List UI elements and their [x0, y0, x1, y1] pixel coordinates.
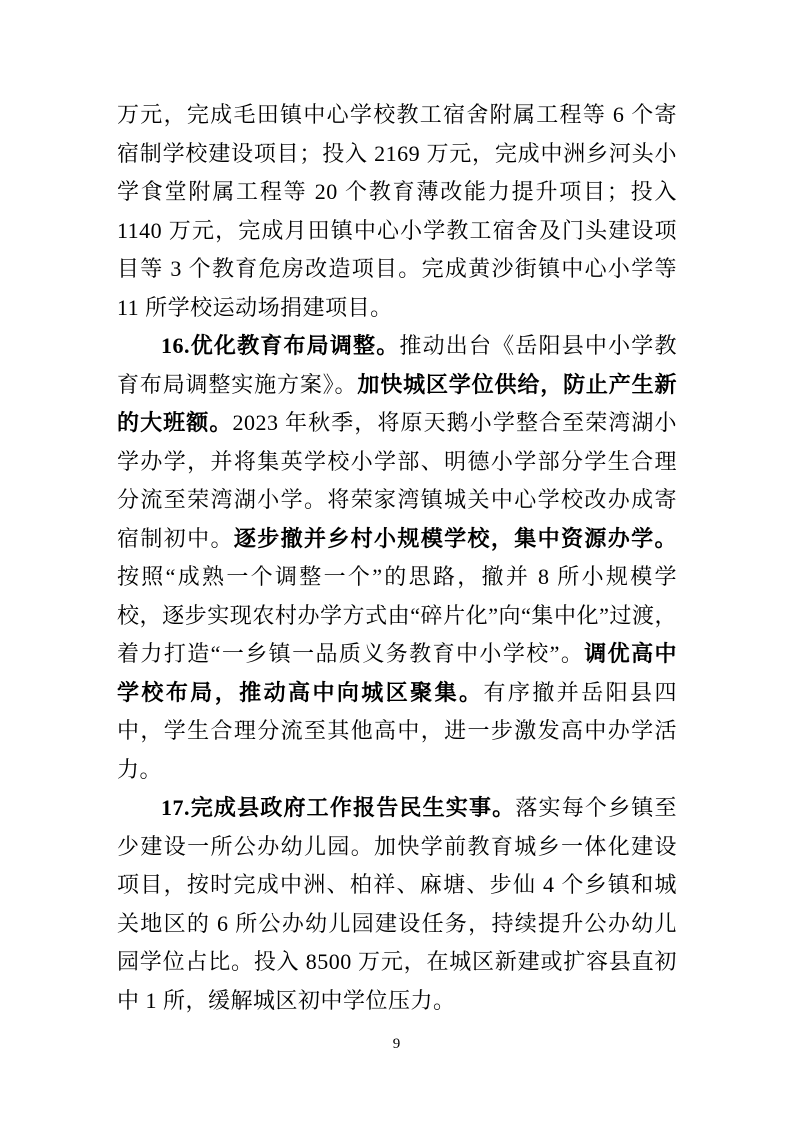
emphasis-text: 16.优化教育布局调整。: [161, 333, 399, 358]
document-content: 万元，完成毛田镇中心学校教工宿舍附属工程等 6 个寄宿制学校建设项目；投入 21…: [117, 96, 677, 1020]
emphasis-text: 逐步撤并乡村小规模学校，集中资源办学。: [234, 526, 677, 551]
document-page: 万元，完成毛田镇中心学校教工宿舍附属工程等 6 个寄宿制学校建设项目；投入 21…: [0, 0, 793, 1122]
body-text: 万元，完成毛田镇中心学校教工宿舍附属工程等 6 个寄宿制学校建设项目；投入 21…: [117, 102, 677, 320]
emphasis-text: 17.完成县政府工作报告民生实事。: [161, 795, 515, 820]
paragraph: 17.完成县政府工作报告民生实事。落实每个乡镇至少建设一所公办幼儿园。加快学前教…: [117, 789, 677, 1020]
paragraph: 万元，完成毛田镇中心学校教工宿舍附属工程等 6 个寄宿制学校建设项目；投入 21…: [117, 96, 677, 327]
body-text: 落实每个乡镇至少建设一所公办幼儿园。加快学前教育城乡一体化建设项目，按时完成中洲…: [117, 795, 677, 1013]
page-number: 9: [0, 1036, 793, 1053]
paragraph: 16.优化教育布局调整。推动出台《岳阳县中小学教育布局调整实施方案》。加快城区学…: [117, 327, 677, 789]
